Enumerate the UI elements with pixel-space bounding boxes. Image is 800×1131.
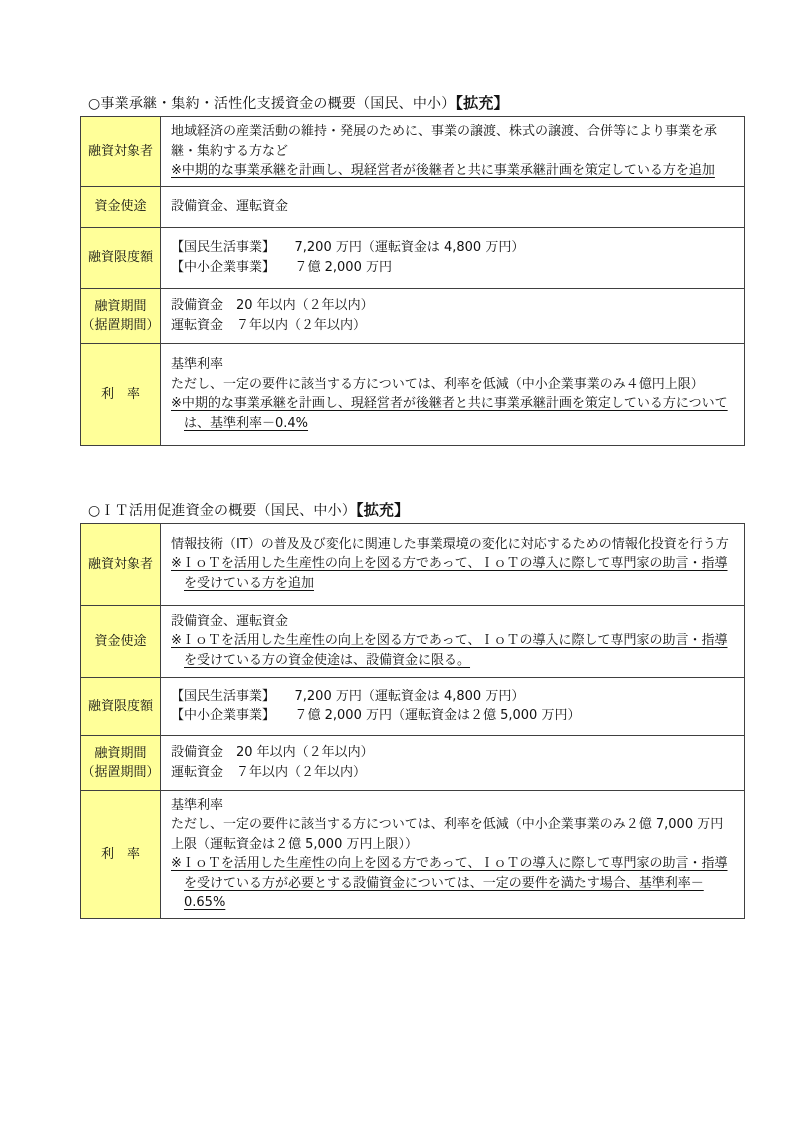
table-row: 融資対象者情報技術（IT）の普及及び変化に関連した事業環境の変化に対応するための… bbox=[81, 524, 744, 606]
row-content-cell: 地域経済の産業活動の維持・発展のために、事業の譲渡、株式の譲渡、合併等により事業… bbox=[161, 117, 744, 186]
table-row: 融資期間（据置期間）設備資金 20 年以内（２年以内）運転資金 ７年以内（２年以… bbox=[81, 289, 744, 344]
row-header-cell: 融資対象者 bbox=[81, 524, 161, 605]
row-header-label: 融資限度額 bbox=[88, 248, 153, 267]
row-content-cell: 【国民生活事業】 7,200 万円（運転資金は 4,800 万円）【中小企業事業… bbox=[161, 228, 744, 288]
row-content-cell: 基準利率ただし、一定の要件に該当する方については、利率を低減（中小企業事業のみ２… bbox=[161, 791, 744, 918]
row-header-label: 融資対象者 bbox=[88, 555, 153, 574]
funding-table: 融資対象者情報技術（IT）の普及及び変化に関連した事業環境の変化に対応するための… bbox=[80, 523, 745, 919]
table-row: 資金使途設備資金、運転資金 bbox=[81, 187, 744, 228]
paragraph: 【国民生活事業】 7,200 万円（運転資金は 4,800 万円） bbox=[171, 238, 736, 258]
row-header-cell: 融資対象者 bbox=[81, 117, 161, 186]
paragraph: 設備資金、運転資金 bbox=[171, 612, 736, 632]
row-header-cell: 資金使途 bbox=[81, 187, 161, 227]
paragraph: ※ＩｏＴを活用した生産性の向上を図る方であって、ＩｏＴの導入に際して専門家の助言… bbox=[171, 554, 736, 593]
paragraph: ※ＩｏＴを活用した生産性の向上を図る方であって、ＩｏＴの導入に際して専門家の助言… bbox=[171, 631, 736, 670]
paragraph: 運転資金 ７年以内（２年以内） bbox=[171, 763, 736, 783]
row-header-label: 融資限度額 bbox=[88, 697, 153, 716]
row-content-cell: 設備資金 20 年以内（２年以内）運転資金 ７年以内（２年以内） bbox=[161, 736, 744, 790]
row-header-label: 融資期間 bbox=[94, 744, 146, 763]
row-header-cell: 融資期間（据置期間） bbox=[81, 736, 161, 790]
row-header-label: （据置期間） bbox=[81, 763, 159, 782]
paragraph: 運転資金 ７年以内（２年以内） bbox=[171, 316, 736, 336]
table-row: 利 率基準利率ただし、一定の要件に該当する方については、利率を低減（中小企業事業… bbox=[81, 791, 744, 918]
row-header-cell: 資金使途 bbox=[81, 606, 161, 677]
row-header-label: 利 率 bbox=[101, 845, 140, 864]
paragraph: ただし、一定の要件に該当する方については、利率を低減（中小企業事業のみ２億 7,… bbox=[171, 815, 736, 854]
row-content-cell: 基準利率ただし、一定の要件に該当する方については、利率を低減（中小企業事業のみ４… bbox=[161, 344, 744, 445]
row-header-cell: 融資限度額 bbox=[81, 228, 161, 288]
table-row: 利 率基準利率ただし、一定の要件に該当する方については、利率を低減（中小企業事業… bbox=[81, 344, 744, 445]
table-row: 融資期間（据置期間）設備資金 20 年以内（２年以内）運転資金 ７年以内（２年以… bbox=[81, 736, 744, 791]
table-row: 融資限度額【国民生活事業】 7,200 万円（運転資金は 4,800 万円）【中… bbox=[81, 228, 744, 289]
row-header-cell: 融資限度額 bbox=[81, 678, 161, 735]
row-content-cell: 設備資金 20 年以内（２年以内）運転資金 ７年以内（２年以内） bbox=[161, 289, 744, 343]
section-title: ○事業承継・集約・活性化支援資金の概要（国民、中小）【拡充】 bbox=[88, 93, 745, 114]
section-title-text: ○事業承継・集約・活性化支援資金の概要（国民、中小） bbox=[88, 96, 455, 112]
paragraph: ※中期的な事業承継を計画し、現経営者が後継者と共に事業承継計画を策定している方を… bbox=[171, 161, 736, 181]
row-header-label: 資金使途 bbox=[94, 197, 146, 216]
row-header-cell: 利 率 bbox=[81, 791, 161, 918]
paragraph: ただし、一定の要件に該当する方については、利率を低減（中小企業事業のみ４億円上限… bbox=[171, 375, 736, 395]
row-header-label: （据置期間） bbox=[81, 316, 159, 335]
row-header-label: 利 率 bbox=[101, 385, 140, 404]
section-title-emphasis: 【拡充】 bbox=[356, 501, 409, 519]
paragraph: 設備資金、運転資金 bbox=[171, 197, 736, 217]
row-header-label: 資金使途 bbox=[94, 632, 146, 651]
funding-table: 融資対象者地域経済の産業活動の維持・発展のために、事業の譲渡、株式の譲渡、合併等… bbox=[80, 116, 745, 446]
section-title-text: ○ＩＴ活用促進資金の概要（国民、中小） bbox=[88, 503, 356, 519]
program-section: ○事業承継・集約・活性化支援資金の概要（国民、中小）【拡充】融資対象者地域経済の… bbox=[80, 93, 745, 446]
row-content-cell: 設備資金、運転資金※ＩｏＴを活用した生産性の向上を図る方であって、ＩｏＴの導入に… bbox=[161, 606, 744, 677]
paragraph: 【中小企業事業】 ７億 2,000 万円 bbox=[171, 258, 736, 278]
table-row: 資金使途設備資金、運転資金※ＩｏＴを活用した生産性の向上を図る方であって、ＩｏＴ… bbox=[81, 606, 744, 678]
table-row: 融資限度額【国民生活事業】 7,200 万円（運転資金は 4,800 万円）【中… bbox=[81, 678, 744, 736]
table-row: 融資対象者地域経済の産業活動の維持・発展のために、事業の譲渡、株式の譲渡、合併等… bbox=[81, 117, 744, 187]
paragraph: 【中小企業事業】 ７億 2,000 万円（運転資金は２億 5,000 万円） bbox=[171, 706, 736, 726]
paragraph: ※ＩｏＴを活用した生産性の向上を図る方であって、ＩｏＴの導入に際して専門家の助言… bbox=[171, 854, 736, 913]
row-content-cell: 情報技術（IT）の普及及び変化に関連した事業環境の変化に対応するための情報化投資… bbox=[161, 524, 744, 605]
row-content-cell: 設備資金、運転資金 bbox=[161, 187, 744, 227]
section-title-emphasis: 【拡充】 bbox=[455, 94, 508, 112]
paragraph: 設備資金 20 年以内（２年以内） bbox=[171, 296, 736, 316]
row-content-cell: 【国民生活事業】 7,200 万円（運転資金は 4,800 万円）【中小企業事業… bbox=[161, 678, 744, 735]
row-header-cell: 利 率 bbox=[81, 344, 161, 445]
paragraph: 設備資金 20 年以内（２年以内） bbox=[171, 743, 736, 763]
paragraph: 情報技術（IT）の普及及び変化に関連した事業環境の変化に対応するための情報化投資… bbox=[171, 535, 736, 555]
row-header-label: 融資対象者 bbox=[88, 142, 153, 161]
paragraph: 地域経済の産業活動の維持・発展のために、事業の譲渡、株式の譲渡、合併等により事業… bbox=[171, 122, 736, 161]
row-header-label: 融資期間 bbox=[94, 297, 146, 316]
paragraph: ※中期的な事業承継を計画し、現経営者が後継者と共に事業承継計画を策定している方に… bbox=[171, 394, 736, 433]
document-page: ○事業承継・集約・活性化支援資金の概要（国民、中小）【拡充】融資対象者地域経済の… bbox=[80, 93, 745, 919]
row-header-cell: 融資期間（据置期間） bbox=[81, 289, 161, 343]
paragraph: 基準利率 bbox=[171, 796, 736, 816]
program-section: ○ＩＴ活用促進資金の概要（国民、中小）【拡充】融資対象者情報技術（IT）の普及及… bbox=[80, 500, 745, 919]
section-title: ○ＩＴ活用促進資金の概要（国民、中小）【拡充】 bbox=[88, 500, 745, 521]
paragraph: 基準利率 bbox=[171, 355, 736, 375]
paragraph: 【国民生活事業】 7,200 万円（運転資金は 4,800 万円） bbox=[171, 687, 736, 707]
